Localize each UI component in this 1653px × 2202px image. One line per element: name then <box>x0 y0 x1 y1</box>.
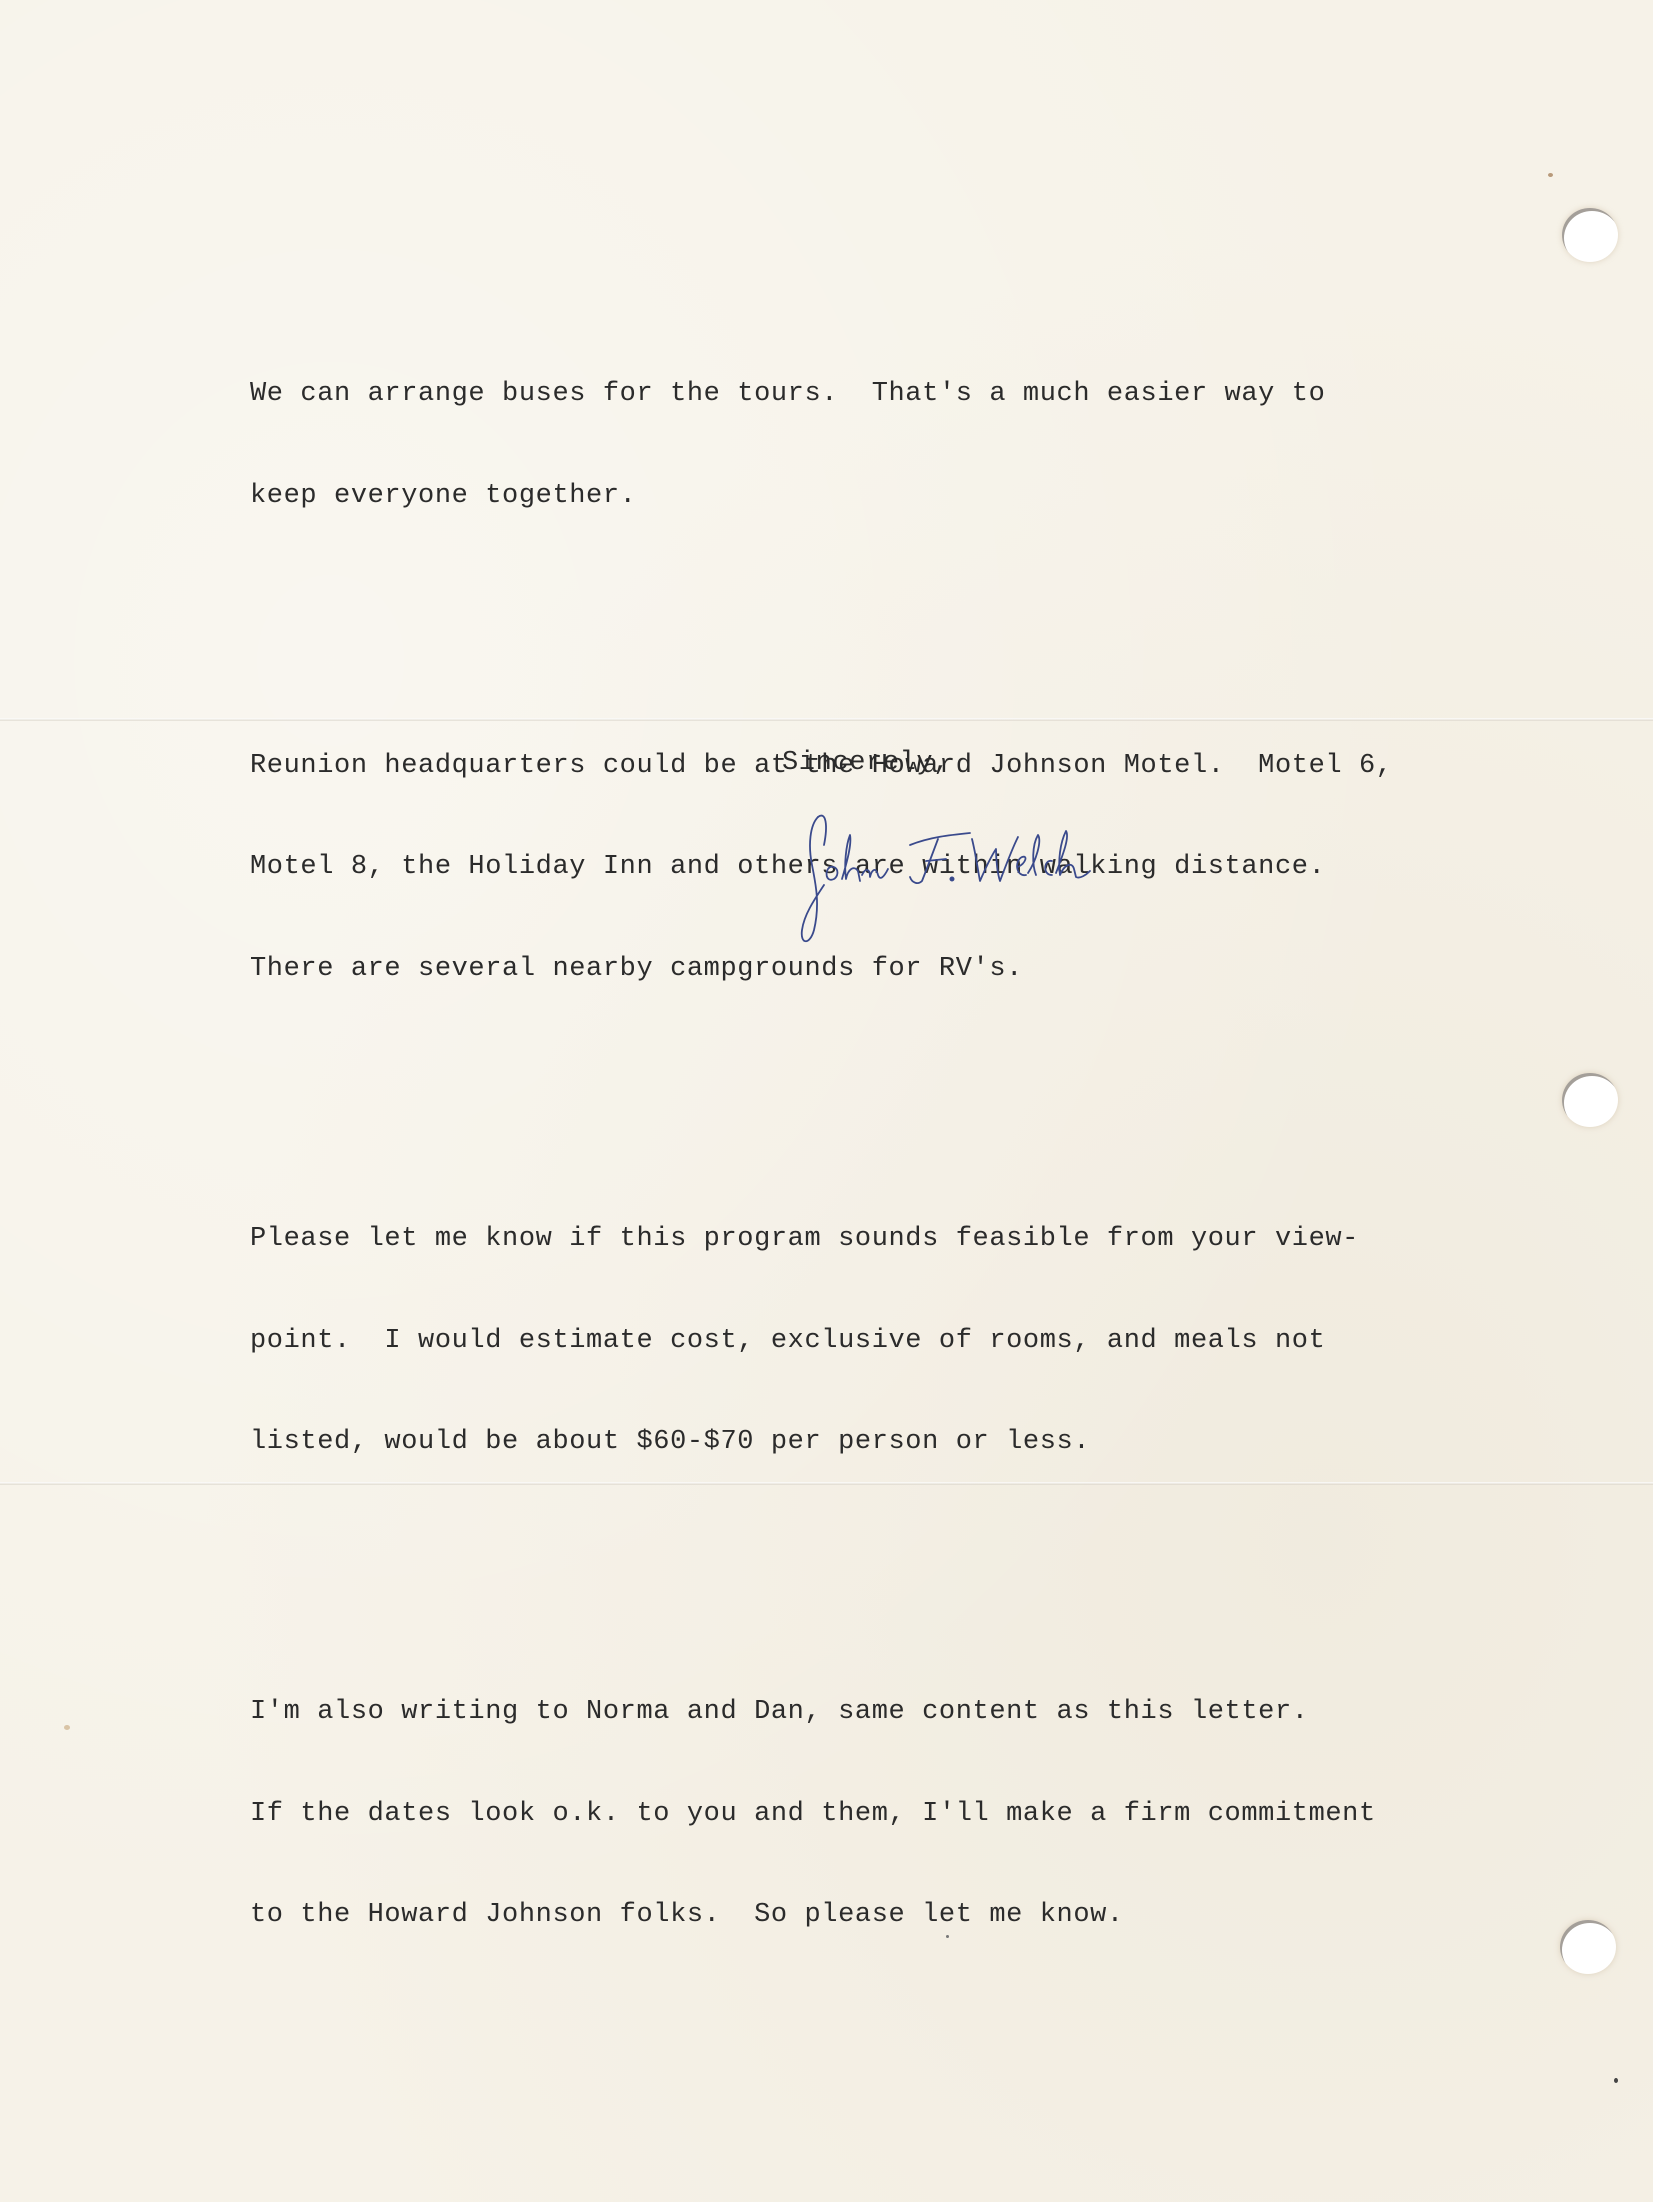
paragraph-commitment: I'm also writing to Norma and Dan, same … <box>250 1629 1450 2001</box>
paper-speck <box>1614 2078 1618 2083</box>
text-line: There are several nearby campgrounds for… <box>250 953 1450 987</box>
text-line: keep everyone together. <box>250 480 1450 514</box>
text-line: We can arrange buses for the tours. That… <box>250 378 1450 412</box>
signature-icon: John F. Welch <box>790 805 1110 955</box>
text-line: Please let me know if this program sound… <box>250 1223 1450 1257</box>
text-line: listed, would be about $60-$70 per perso… <box>250 1426 1450 1460</box>
fold-line-lower <box>0 1482 1653 1485</box>
closing: Sincerely, <box>782 748 950 778</box>
text-line: point. I would estimate cost, exclusive … <box>250 1325 1450 1359</box>
punch-hole-bottom <box>1560 1920 1616 1974</box>
paper-speck <box>1548 173 1553 177</box>
signature: John F. Welch <box>790 805 1110 955</box>
letter-body: We can arrange buses for the tours. That… <box>250 243 1450 2068</box>
fold-line-upper <box>0 718 1653 721</box>
paragraph-buses: We can arrange buses for the tours. That… <box>250 311 1450 581</box>
punch-hole-middle <box>1562 1073 1618 1127</box>
punch-hole-top <box>1562 208 1618 262</box>
paragraph-cost: Please let me know if this program sound… <box>250 1156 1450 1528</box>
paper-speck <box>946 1935 949 1938</box>
text-line: If the dates look o.k. to you and them, … <box>250 1798 1450 1832</box>
text-line: to the Howard Johnson folks. So please l… <box>250 1899 1450 1933</box>
paper-speck <box>64 1725 70 1730</box>
text-line: I'm also writing to Norma and Dan, same … <box>250 1696 1450 1730</box>
